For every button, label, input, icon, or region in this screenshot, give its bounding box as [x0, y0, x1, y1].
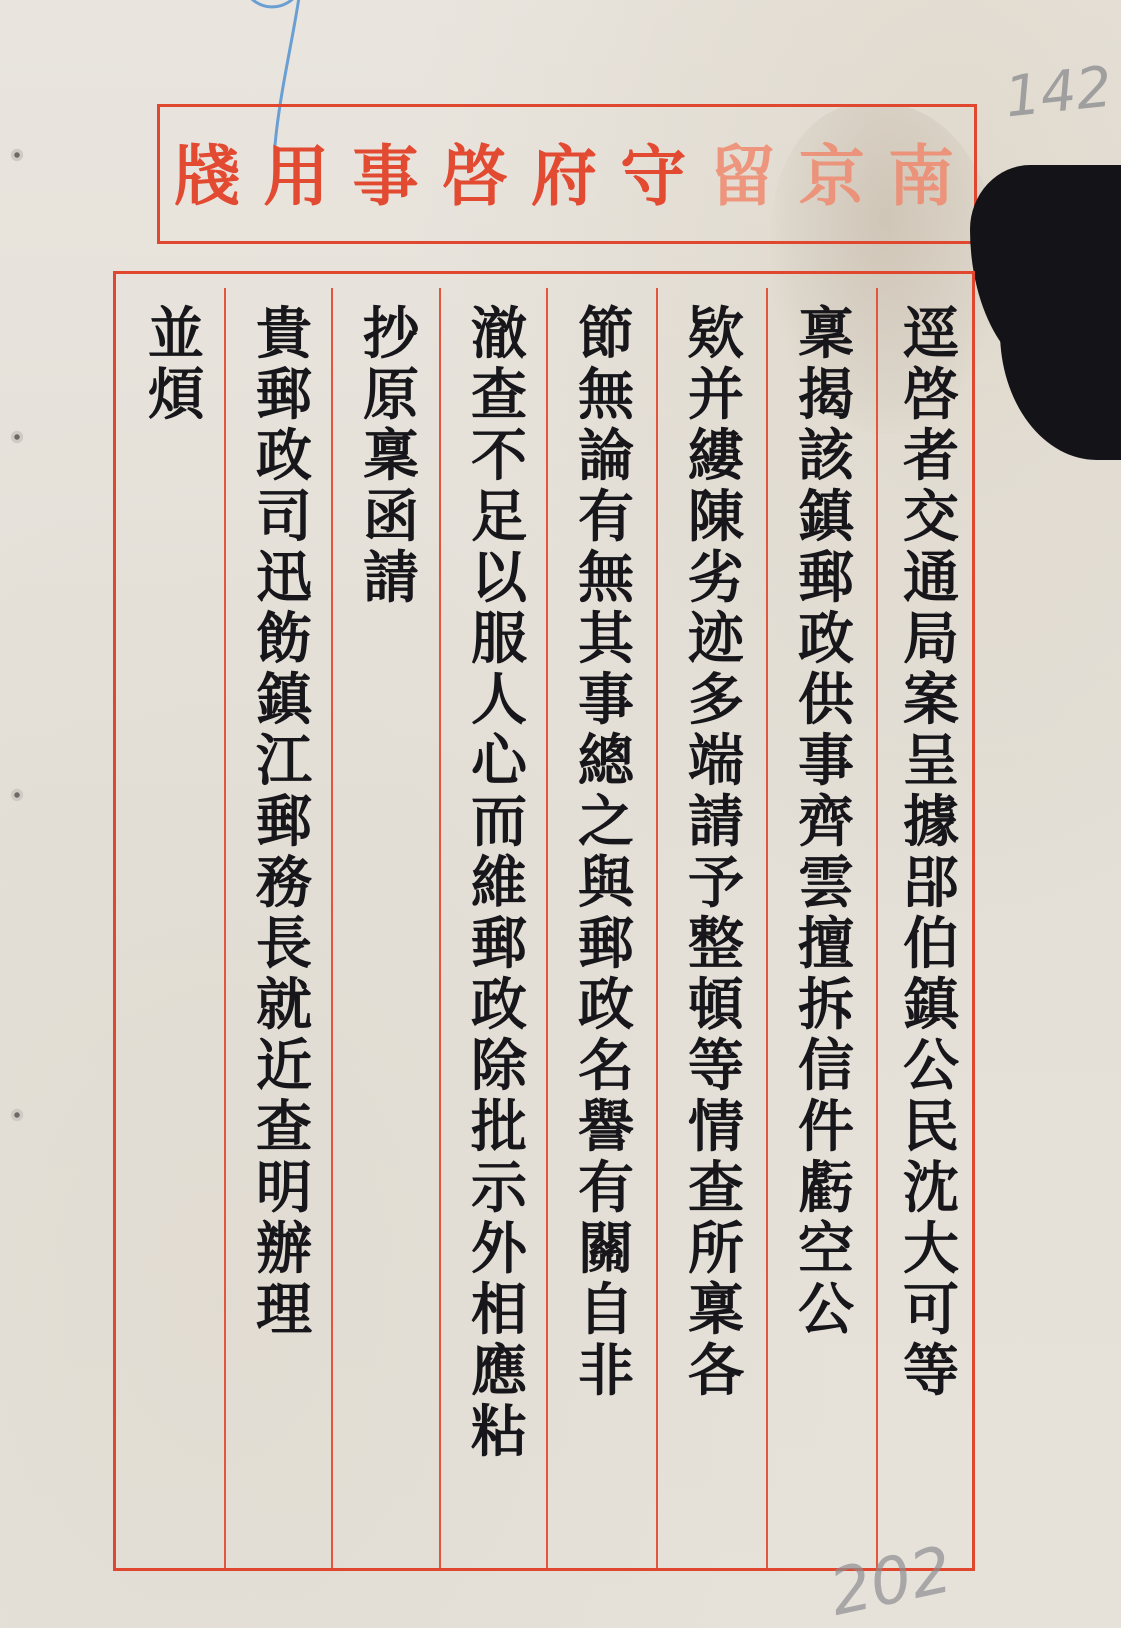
text-character: 交 — [898, 487, 964, 548]
column-rule — [876, 288, 878, 1568]
text-character: 擅 — [793, 914, 859, 975]
text-character: 情 — [683, 1097, 749, 1158]
text-character: 迅 — [251, 548, 317, 609]
column-rule — [331, 288, 333, 1568]
punch-hole — [10, 1108, 24, 1122]
text-character: 稟 — [358, 426, 424, 487]
text-character: 就 — [251, 975, 317, 1036]
text-column-4: 節無論有無其事總之與郵政名譽有關自非 — [561, 274, 651, 1568]
text-character: 澈 — [466, 304, 532, 365]
text-character: 局 — [898, 609, 964, 670]
text-character: 不 — [466, 426, 532, 487]
text-character: 務 — [251, 853, 317, 914]
text-character: 案 — [898, 670, 964, 731]
text-character: 煩 — [143, 365, 209, 426]
text-column-3: 欵并縷陳劣迹多端請予整頓等情查所稟各 — [671, 274, 761, 1568]
text-character: 拆 — [793, 975, 859, 1036]
text-character: 者 — [898, 426, 964, 487]
text-character: 服 — [466, 609, 532, 670]
text-character: 等 — [898, 1341, 964, 1402]
text-character: 相 — [466, 1280, 532, 1341]
text-character: 請 — [358, 548, 424, 609]
text-character: 粘 — [466, 1402, 532, 1463]
ruled-text-grid: 逕啓者交通局案呈據郘伯鎮公民沈大可等 稟揭該鎮郵政供事齊雲擅拆信件虧空公 欵并縷… — [113, 271, 975, 1571]
letterhead-char: 京 — [799, 137, 865, 217]
letterhead-char: 啓 — [442, 137, 508, 217]
text-character: 明 — [251, 1158, 317, 1219]
text-character: 大 — [898, 1219, 964, 1280]
text-character: 江 — [251, 731, 317, 792]
text-character: 政 — [466, 975, 532, 1036]
letterhead-char: 牋 — [174, 137, 240, 217]
text-character: 啓 — [898, 365, 964, 426]
letterhead-char: 事 — [353, 137, 419, 217]
text-character: 鎮 — [898, 975, 964, 1036]
text-character: 民 — [898, 1097, 964, 1158]
column-rule — [656, 288, 658, 1568]
text-character: 郵 — [466, 914, 532, 975]
text-column-6: 抄原稟函請 — [346, 274, 436, 1568]
text-character: 除 — [466, 1036, 532, 1097]
text-character: 予 — [683, 853, 749, 914]
text-character: 呈 — [898, 731, 964, 792]
text-character: 事 — [573, 670, 639, 731]
text-character: 可 — [898, 1280, 964, 1341]
text-character: 郵 — [251, 792, 317, 853]
column-rule — [766, 288, 768, 1568]
text-character: 端 — [683, 731, 749, 792]
text-character: 與 — [573, 853, 639, 914]
text-column-1: 逕啓者交通局案呈據郘伯鎮公民沈大可等 — [891, 274, 971, 1568]
letterhead-title: 南 京 留 守 府 啓 事 用 牋 — [160, 137, 974, 217]
text-character: 查 — [251, 1097, 317, 1158]
text-character: 理 — [251, 1280, 317, 1341]
punch-hole — [10, 788, 24, 802]
text-character: 揭 — [793, 365, 859, 426]
text-character: 有 — [573, 487, 639, 548]
text-column-5: 澈查不足以服人心而維郵政除批示外相應粘 — [454, 274, 544, 1568]
text-character: 迹 — [683, 609, 749, 670]
text-character: 無 — [573, 365, 639, 426]
text-character: 名 — [573, 1036, 639, 1097]
text-character: 并 — [683, 365, 749, 426]
text-character: 其 — [573, 609, 639, 670]
text-character: 伯 — [898, 914, 964, 975]
text-column-7: 貴郵政司迅飭鎮江郵務長就近查明辦理 — [239, 274, 329, 1568]
letterhead-char: 用 — [263, 137, 329, 217]
text-character: 稟 — [793, 304, 859, 365]
letterhead-char: 南 — [888, 137, 954, 217]
text-character: 所 — [683, 1219, 749, 1280]
text-character: 空 — [793, 1219, 859, 1280]
letterhead-char: 府 — [531, 137, 597, 217]
text-character: 政 — [251, 426, 317, 487]
text-character: 長 — [251, 914, 317, 975]
text-character: 等 — [683, 1036, 749, 1097]
text-character: 供 — [793, 670, 859, 731]
text-character: 關 — [573, 1219, 639, 1280]
text-character: 譽 — [573, 1097, 639, 1158]
text-character: 司 — [251, 487, 317, 548]
text-character: 飭 — [251, 609, 317, 670]
text-character: 請 — [683, 792, 749, 853]
text-character: 鎮 — [793, 487, 859, 548]
text-character: 之 — [573, 792, 639, 853]
text-character: 該 — [793, 426, 859, 487]
text-character: 示 — [466, 1158, 532, 1219]
text-character: 節 — [573, 304, 639, 365]
text-character: 而 — [466, 792, 532, 853]
text-character: 自 — [573, 1280, 639, 1341]
text-character: 齊 — [793, 792, 859, 853]
text-character: 無 — [573, 548, 639, 609]
punch-hole — [10, 430, 24, 444]
text-character: 原 — [358, 365, 424, 426]
text-character: 論 — [573, 426, 639, 487]
text-character: 各 — [683, 1341, 749, 1402]
punch-hole — [10, 148, 24, 162]
text-character: 外 — [466, 1219, 532, 1280]
text-character: 維 — [466, 853, 532, 914]
text-character: 欵 — [683, 304, 749, 365]
text-character: 逕 — [898, 304, 964, 365]
text-column-2: 稟揭該鎮郵政供事齊雲擅拆信件虧空公 — [781, 274, 871, 1568]
text-character: 足 — [466, 487, 532, 548]
text-character: 多 — [683, 670, 749, 731]
text-character: 事 — [793, 731, 859, 792]
letterhead-box: 南 京 留 守 府 啓 事 用 牋 — [157, 104, 977, 244]
text-character: 總 — [573, 731, 639, 792]
text-character: 政 — [573, 975, 639, 1036]
text-character: 鎮 — [251, 670, 317, 731]
text-character: 陳 — [683, 487, 749, 548]
text-character: 批 — [466, 1097, 532, 1158]
text-character: 雲 — [793, 853, 859, 914]
text-character: 辦 — [251, 1219, 317, 1280]
text-character: 以 — [466, 548, 532, 609]
text-character: 據 — [898, 792, 964, 853]
text-character: 頓 — [683, 975, 749, 1036]
text-character: 查 — [466, 365, 532, 426]
text-character: 郵 — [251, 365, 317, 426]
text-character: 郘 — [898, 853, 964, 914]
text-character: 抄 — [358, 304, 424, 365]
text-character: 貴 — [251, 304, 317, 365]
text-character: 公 — [793, 1280, 859, 1341]
text-character: 沈 — [898, 1158, 964, 1219]
text-character: 整 — [683, 914, 749, 975]
column-rule — [546, 288, 548, 1568]
column-rule — [224, 288, 226, 1568]
text-character: 信 — [793, 1036, 859, 1097]
text-column-8: 並煩 — [131, 274, 221, 1568]
text-character: 劣 — [683, 548, 749, 609]
text-character: 人 — [466, 670, 532, 731]
text-character: 並 — [143, 304, 209, 365]
text-character: 通 — [898, 548, 964, 609]
text-character: 稟 — [683, 1280, 749, 1341]
text-character: 有 — [573, 1158, 639, 1219]
text-character: 近 — [251, 1036, 317, 1097]
text-character: 查 — [683, 1158, 749, 1219]
column-rule — [439, 288, 441, 1568]
text-character: 郵 — [573, 914, 639, 975]
text-character: 件 — [793, 1097, 859, 1158]
page-number-pencil: 142 — [1002, 55, 1115, 131]
text-character: 應 — [466, 1341, 532, 1402]
letterhead-char: 守 — [620, 137, 686, 217]
text-character: 心 — [466, 731, 532, 792]
letterhead-char: 留 — [710, 137, 776, 217]
text-character: 虧 — [793, 1158, 859, 1219]
text-character: 函 — [358, 487, 424, 548]
text-character: 非 — [573, 1341, 639, 1402]
text-character: 縷 — [683, 426, 749, 487]
text-character: 公 — [898, 1036, 964, 1097]
text-character: 政 — [793, 609, 859, 670]
text-character: 郵 — [793, 548, 859, 609]
